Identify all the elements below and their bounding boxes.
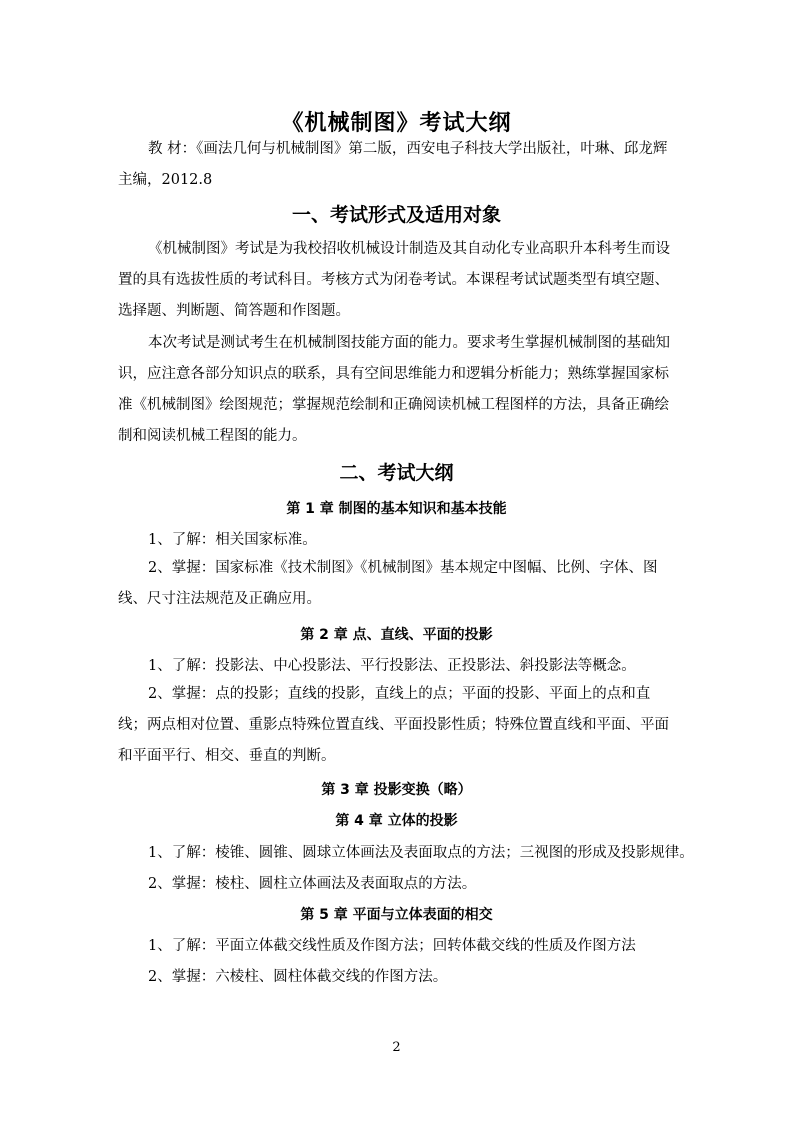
chapter-1-item-2: 2、掌握：国家标准《技术制图》《机械制图》基本规定中图幅、比例、字体、图线、尺寸… bbox=[118, 553, 678, 615]
document-title: 《机械制图》考试大纲 bbox=[0, 106, 793, 137]
chapter-5-item-2: 2、掌握：六棱柱、圆柱体截交线的作图方法。 bbox=[148, 965, 447, 986]
chapter-5-title: 第 5 章 平面与立体表面的相交 bbox=[0, 904, 793, 924]
chapter-3-title: 第 3 章 投影变换（略） bbox=[0, 779, 793, 799]
chapter-1-title: 第 1 章 制图的基本知识和基本技能 bbox=[0, 498, 793, 518]
chapter-1-item-1: 1、了解：相关国家标准。 bbox=[148, 528, 317, 549]
section-1-paragraph-2: 本次考试是测试考生在机械制图技能方面的能力。要求考生掌握机械制图的基础知识，应注… bbox=[118, 328, 678, 452]
chapter-4-item-1: 1、了解：棱锥、圆锥、圆球立体画法及表面取点的方法；三视图的形成及投影规律。 bbox=[148, 841, 694, 862]
section-heading-1: 一、考试形式及适用对象 bbox=[0, 200, 793, 227]
chapter-5-item-1: 1、了解：平面立体截交线性质及作图方法；回转体截交线的性质及作图方法 bbox=[148, 934, 636, 955]
chapter-4-title: 第 4 章 立体的投影 bbox=[0, 810, 793, 830]
document-page: 《机械制图》考试大纲 教 材：《画法几何与机械制图》第二版，西安电子科技大学出版… bbox=[0, 0, 793, 1122]
page-number: 2 bbox=[0, 1040, 793, 1055]
chapter-2-title: 第 2 章 点、直线、平面的投影 bbox=[0, 624, 793, 644]
chapter-2-item-1: 1、了解：投影法、中心投影法、平行投影法、正投影法、斜投影法等概念。 bbox=[148, 654, 636, 675]
chapter-2-item-2: 2、掌握：点的投影；直线的投影，直线上的点；平面的投影、平面上的点和直线；两点相… bbox=[118, 679, 678, 772]
section-heading-2: 二、考试大纲 bbox=[0, 458, 793, 485]
textbook-info: 教 材：《画法几何与机械制图》第二版，西安电子科技大学出版社，叶琳、邱龙辉主编，… bbox=[118, 134, 678, 196]
section-1-paragraph-1: 《机械制图》考试是为我校招收机械设计制造及其自动化专业高职升本科考生而设置的具有… bbox=[118, 234, 678, 327]
chapter-4-item-2: 2、掌握：棱柱、圆柱立体画法及表面取点的方法。 bbox=[148, 872, 476, 893]
